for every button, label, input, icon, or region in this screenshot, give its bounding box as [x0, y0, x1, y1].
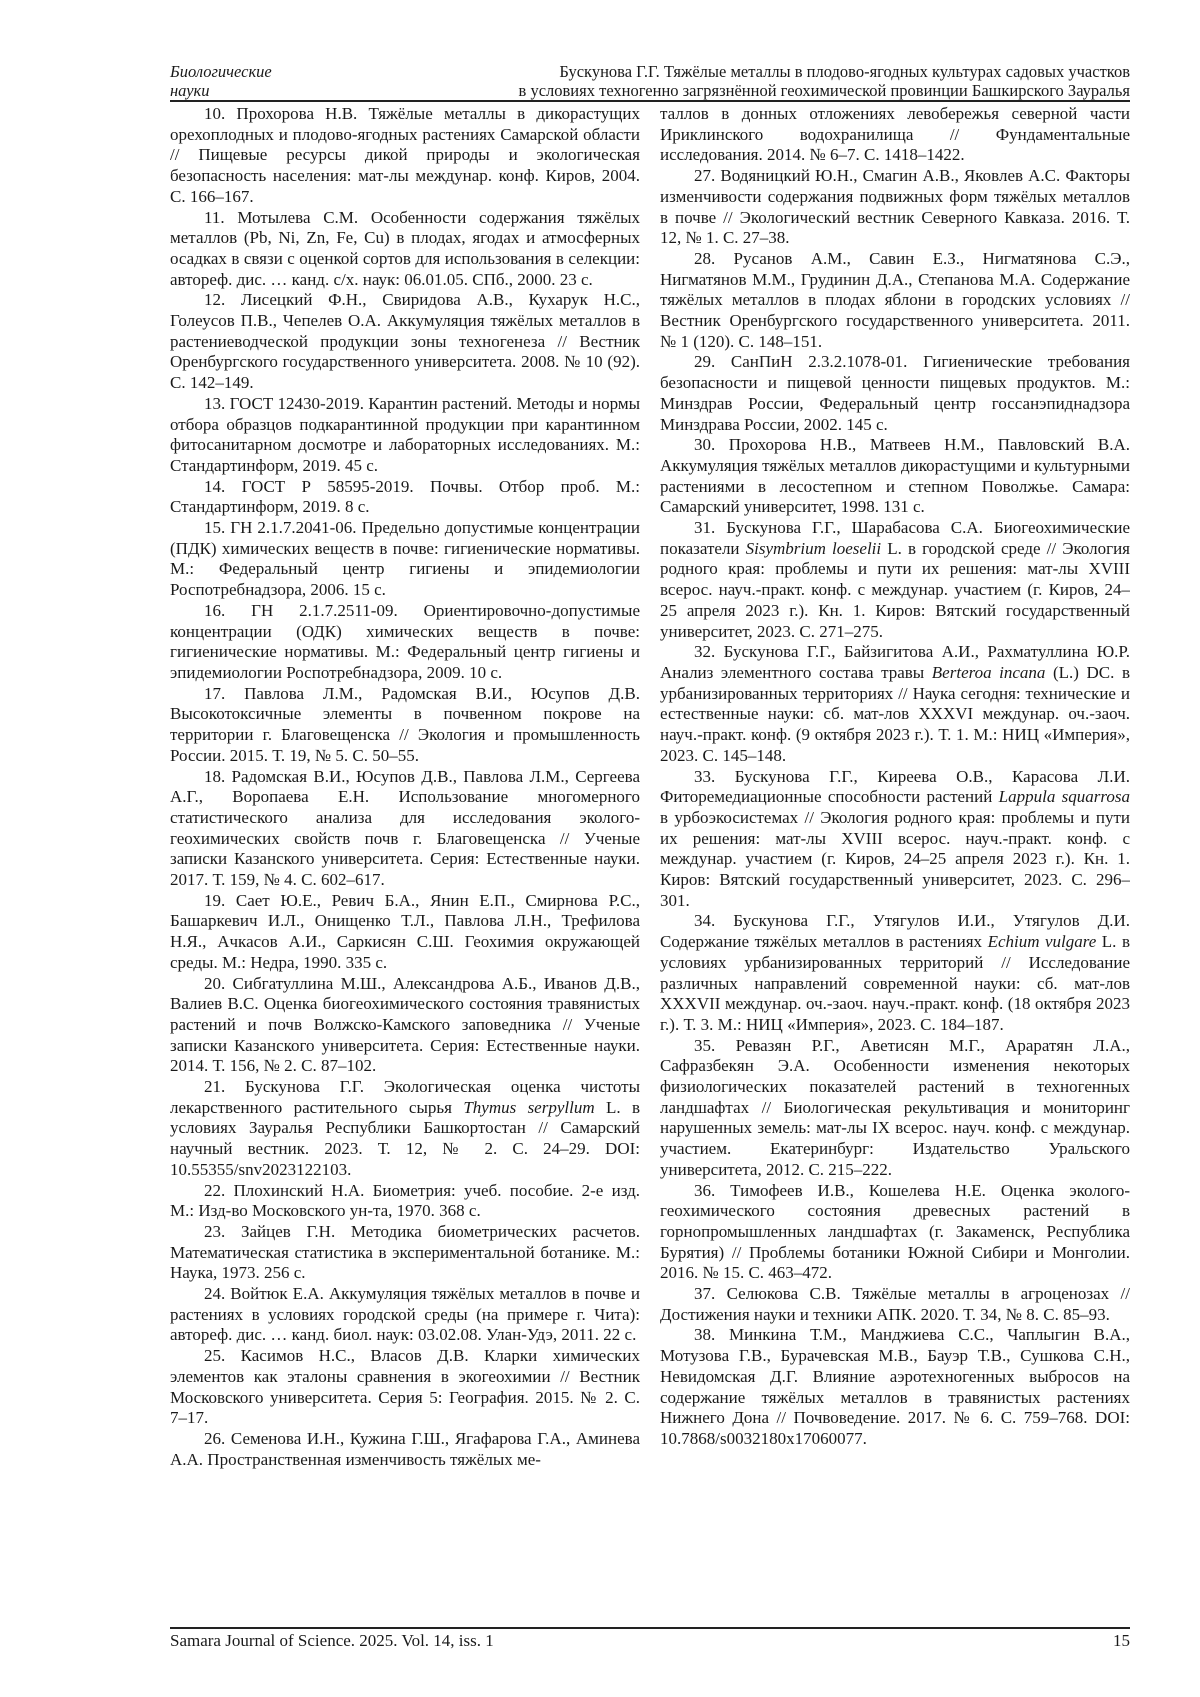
- reference-item: 20. Сибгатуллина М.Ш., Александрова А.Б.…: [170, 974, 640, 1078]
- reference-item: 19. Сает Ю.Е., Ревич Б.А., Янин Е.П., См…: [170, 891, 640, 974]
- reference-item: 22. Плохинский Н.А. Биометрия: учеб. пос…: [170, 1181, 640, 1222]
- reference-continuation: таллов в донных отложениях левобережья с…: [660, 104, 1130, 166]
- page: Биологические науки Бускунова Г.Г. Тяжёл…: [170, 62, 1130, 1677]
- reference-item: 15. ГН 2.1.7.2041-06. Предельно допустим…: [170, 518, 640, 601]
- reference-item: 28. Русанов А.М., Савин Е.З., Нигматянов…: [660, 249, 1130, 353]
- reference-item: 23. Зайцев Г.Н. Методика биометрических …: [170, 1222, 640, 1284]
- species-name: Lappula squarrosa: [999, 787, 1130, 806]
- reference-text: в урбоэкосистемах // Экология родного кр…: [660, 808, 1130, 910]
- species-name: Berteroa incana: [932, 663, 1046, 682]
- reference-item: 13. ГОСТ 12430-2019. Карантин растений. …: [170, 394, 640, 477]
- reference-item: 16. ГН 2.1.7.2511-09. Ориентировочно-доп…: [170, 601, 640, 684]
- reference-item: 34. Бускунова Г.Г., Утягулов И.И., Утягу…: [660, 911, 1130, 1035]
- reference-item: 14. ГОСТ Р 58595-2019. Почвы. Отбор проб…: [170, 477, 640, 518]
- section-line-1: Биологические: [170, 62, 310, 81]
- title-line-1: Бускунова Г.Г. Тяжёлые металлы в плодово…: [310, 62, 1130, 81]
- running-footer: Samara Journal of Science. 2025. Vol. 14…: [170, 1627, 1130, 1652]
- running-header: Биологические науки Бускунова Г.Г. Тяжёл…: [170, 62, 1130, 102]
- reference-item: 12. Лисецкий Ф.Н., Свиридова А.В., Кухар…: [170, 290, 640, 394]
- article-running-title: Бускунова Г.Г. Тяжёлые металлы в плодово…: [310, 62, 1130, 100]
- title-line-2: в условиях техногенно загрязнённой геохи…: [310, 81, 1130, 100]
- reference-item: 38. Минкина Т.М., Манджиева С.С., Чаплыг…: [660, 1325, 1130, 1449]
- reference-item: 35. Ревазян Р.Г., Аветисян М.Г., Араратя…: [660, 1036, 1130, 1181]
- reference-item: 31. Бускунова Г.Г., Шарабасова С.А. Биог…: [660, 518, 1130, 642]
- reference-item: 30. Прохорова Н.В., Матвеев Н.М., Павлов…: [660, 435, 1130, 518]
- reference-item: 25. Касимов Н.С., Власов Д.В. Кларки хим…: [170, 1346, 640, 1429]
- section-name: Биологические науки: [170, 62, 310, 100]
- reference-item: 27. Водяницкий Ю.Н., Смагин А.В., Яковле…: [660, 166, 1130, 249]
- right-column: таллов в донных отложениях левобережья с…: [660, 104, 1130, 1677]
- reference-columns: 10. Прохорова Н.В. Тяжёлые металлы в дик…: [170, 104, 1130, 1677]
- reference-item: 10. Прохорова Н.В. Тяжёлые металлы в дик…: [170, 104, 640, 208]
- reference-item: 37. Селюкова С.В. Тяжёлые металлы в агро…: [660, 1284, 1130, 1325]
- reference-item: 26. Семенова И.Н., Кужина Г.Ш., Ягафаров…: [170, 1429, 640, 1470]
- species-name: Sisymbrium loeselii: [746, 539, 882, 558]
- species-name: Echium vulgare: [988, 932, 1097, 951]
- reference-item: 18. Радомская В.И., Юсупов Д.В., Павлова…: [170, 767, 640, 891]
- page-number: 15: [1113, 1630, 1130, 1652]
- reference-item: 24. Войтюк Е.А. Аккумуляция тяжёлых мета…: [170, 1284, 640, 1346]
- journal-citation: Samara Journal of Science. 2025. Vol. 14…: [170, 1630, 494, 1652]
- reference-item: 33. Бускунова Г.Г., Киреева О.В., Карасо…: [660, 767, 1130, 912]
- reference-item: 36. Тимофеев И.В., Кошелева Н.Е. Оценка …: [660, 1181, 1130, 1285]
- reference-item: 32. Бускунова Г.Г., Байзигитова А.И., Ра…: [660, 642, 1130, 766]
- reference-item: 29. СанПиН 2.3.2.1078-01. Гигиенические …: [660, 352, 1130, 435]
- reference-item: 21. Бускунова Г.Г. Экологическая оценка …: [170, 1077, 640, 1181]
- section-line-2: науки: [170, 81, 310, 100]
- left-column: 10. Прохорова Н.В. Тяжёлые металлы в дик…: [170, 104, 640, 1677]
- reference-item: 17. Павлова Л.М., Радомская В.И., Юсупов…: [170, 684, 640, 767]
- species-name: Thymus serpyllum: [463, 1098, 594, 1117]
- reference-item: 11. Мотылева С.М. Особенности содержания…: [170, 208, 640, 291]
